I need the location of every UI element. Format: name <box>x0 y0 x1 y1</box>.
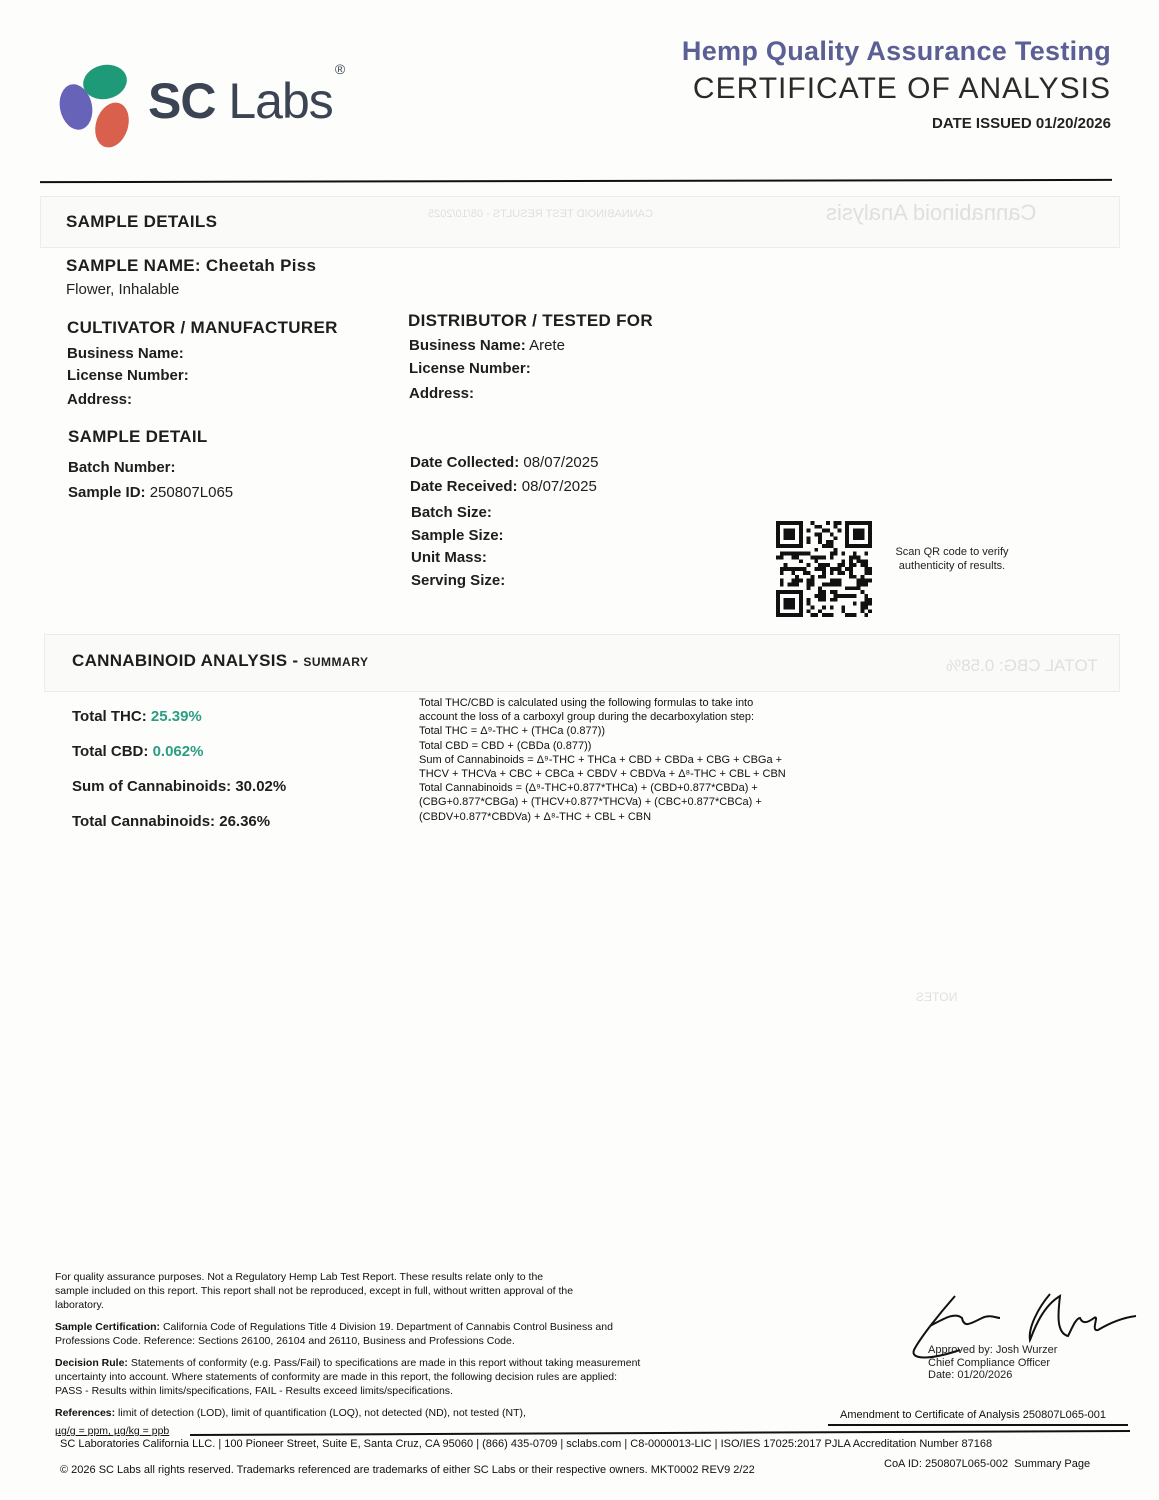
batch-size: Batch Size: <box>411 504 492 521</box>
coa-id: CoA ID: 250807L065-002 Summary Page <box>884 1458 1090 1470</box>
header-divider <box>40 179 1112 183</box>
bleed-through-title: Cannabinoid Analysis <box>826 200 1036 226</box>
approval-block: Approved by: Josh Wurzer Chief Complianc… <box>928 1344 1057 1382</box>
cultivator-heading: CULTIVATOR / MANUFACTURER <box>67 318 338 338</box>
sample-name: SAMPLE NAME: Cheetah Piss <box>66 256 316 276</box>
bleed-through-notes: NOTES <box>916 990 957 1004</box>
total-cbd: Total CBD: 0.062% <box>72 743 203 760</box>
sample-id: Sample ID: 250807L065 <box>68 484 233 501</box>
date-issued: DATE ISSUED 01/20/2026 <box>932 115 1111 132</box>
amendment-note: Amendment to Certificate of Analysis 250… <box>840 1409 1106 1421</box>
total-thc: Total THC: 25.39% <box>72 708 202 725</box>
distributor-heading: DISTRIBUTOR / TESTED FOR <box>408 311 653 331</box>
report-subtitle: Hemp Quality Assurance Testing <box>682 36 1111 67</box>
sum-of-cannabinoids: Sum of Cannabinoids: 30.02% <box>72 778 286 795</box>
total-cannabinoids: Total Cannabinoids: 26.36% <box>72 813 270 830</box>
cultivator-license-number: License Number: <box>67 367 189 384</box>
unit-mass: Unit Mass: <box>411 549 487 566</box>
sc-labs-logo-text: SC Labs® <box>148 72 342 130</box>
sample-detail-heading: SAMPLE DETAIL <box>68 427 208 447</box>
qr-code-icon[interactable] <box>776 521 872 617</box>
cultivator-business-name: Business Name: <box>67 345 184 362</box>
distributor-address: Address: <box>409 385 474 402</box>
references: References: limit of detection (LOD), li… <box>55 1406 645 1420</box>
sc-labs-logo-icon <box>58 62 138 142</box>
bleed-through-subtitle: CANNABINOID TEST RESULTS - 08/10/2025 <box>428 208 653 220</box>
cannabinoid-summary-heading: CANNABINOID ANALYSIS - SUMMARY <box>72 651 368 671</box>
serving-size: Serving Size: <box>411 572 505 589</box>
date-received: Date Received: 08/07/2025 <box>410 478 597 495</box>
disclaimer: For quality assurance purposes. Not a Re… <box>55 1270 575 1312</box>
batch-number: Batch Number: <box>68 459 176 476</box>
report-title: CERTIFICATE OF ANALYSIS <box>693 72 1111 106</box>
distributor-license-number: License Number: <box>409 360 531 377</box>
sample-certification: Sample Certification: California Code of… <box>55 1320 645 1348</box>
bleed-through-total-cbg: TOTAL CBG: 0.58% <box>946 656 1098 676</box>
formula-notes: Total THC/CBD is calculated using the fo… <box>419 696 819 824</box>
cultivator-address: Address: <box>67 391 132 408</box>
sample-type: Flower, Inhalable <box>66 281 179 298</box>
amendment-divider <box>828 1424 1128 1426</box>
sample-details-heading: SAMPLE DETAILS <box>66 212 217 232</box>
sample-size: Sample Size: <box>411 527 504 544</box>
company-info: SC Laboratories California LLC. | 100 Pi… <box>60 1438 992 1450</box>
units-note: µg/g = ppm, µg/kg = ppb <box>55 1424 169 1438</box>
copyright: © 2026 SC Labs all rights reserved. Trad… <box>60 1464 755 1476</box>
distributor-business-name: Business Name: Arete <box>409 337 565 354</box>
decision-rule: Decision Rule: Statements of conformity … <box>55 1356 645 1398</box>
qr-caption: Scan QR code to verify authenticity of r… <box>886 545 1018 573</box>
footer-divider <box>190 1430 1130 1436</box>
date-collected: Date Collected: 08/07/2025 <box>410 454 598 471</box>
